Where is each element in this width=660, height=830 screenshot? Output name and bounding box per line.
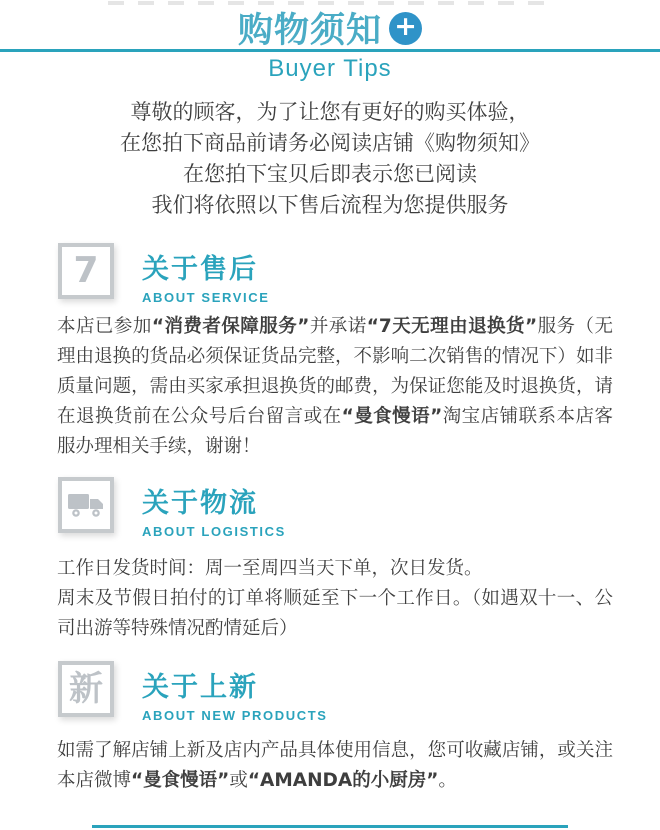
plus-glyph: + <box>394 13 417 40</box>
intro-line-4: 我们将依照以下售后流程为您提供服务 <box>0 190 660 221</box>
seven-glyph: 7 <box>73 253 98 289</box>
new-glyph: 新 <box>69 672 103 706</box>
intro-line-2: 在您拍下商品前请务必阅读店铺《购物须知》 <box>0 128 660 159</box>
new-products-paragraph: 如需了解店铺上新及店内产品具体使用信息，您可收藏店铺，或关注本店微博“曼食慢语”… <box>57 736 613 796</box>
logistics-paragraph: 工作日发货时间：周一至周四当天下单，次日发货。 周末及节假日拍付的订单将顺延至下… <box>57 554 613 644</box>
new-badge-icon: 新 <box>58 661 114 717</box>
section-service-subtitle: ABOUT SERVICE <box>142 290 269 305</box>
service-paragraph: 本店已参加“消费者保障服务”并承诺“7天无理由退换货”服务（无理由退换的货品必须… <box>57 312 613 462</box>
section-service-header: 7 关于售后 ABOUT SERVICE <box>58 243 269 305</box>
intro-text: 尊敬的顾客，为了让您有更好的购买体验， 在您拍下商品前请务必阅读店铺《购物须知》… <box>0 97 660 221</box>
plus-icon: + <box>389 12 422 45</box>
section-logistics-header: 关于物流 ABOUT LOGISTICS <box>58 477 286 539</box>
logistics-line-2: 周末及节假日拍付的订单将顺延至下一个工作日。（如遇双十一、公司出游等特殊情况酌情… <box>57 584 613 644</box>
seven-badge-icon: 7 <box>58 243 114 299</box>
bottom-divider <box>92 825 568 828</box>
buyer-tips-page: 购物须知 + Buyer Tips 尊敬的顾客，为了让您有更好的购买体验， 在您… <box>0 0 660 830</box>
section-new-titles: 关于上新 ABOUT NEW PRODUCTS <box>142 661 328 723</box>
section-service-titles: 关于售后 ABOUT SERVICE <box>142 243 269 305</box>
section-logistics-titles: 关于物流 ABOUT LOGISTICS <box>142 477 286 539</box>
truck-glyph <box>67 491 105 519</box>
section-new-title: 关于上新 <box>142 665 328 704</box>
logistics-line-1: 工作日发货时间：周一至周四当天下单，次日发货。 <box>57 554 613 584</box>
section-logistics-title: 关于物流 <box>142 481 286 520</box>
page-header: 购物须知 + <box>0 6 660 50</box>
section-new-header: 新 关于上新 ABOUT NEW PRODUCTS <box>58 661 328 723</box>
intro-line-3: 在您拍下宝贝后即表示您已阅读 <box>0 159 660 190</box>
page-subtitle: Buyer Tips <box>0 55 660 83</box>
page-title: 购物须知 <box>238 3 382 53</box>
section-logistics-subtitle: ABOUT LOGISTICS <box>142 524 286 539</box>
section-new-subtitle: ABOUT NEW PRODUCTS <box>142 708 328 723</box>
section-service-title: 关于售后 <box>142 247 269 286</box>
truck-icon <box>58 477 114 533</box>
intro-line-1: 尊敬的顾客，为了让您有更好的购买体验， <box>0 97 660 128</box>
top-divider <box>0 49 660 52</box>
